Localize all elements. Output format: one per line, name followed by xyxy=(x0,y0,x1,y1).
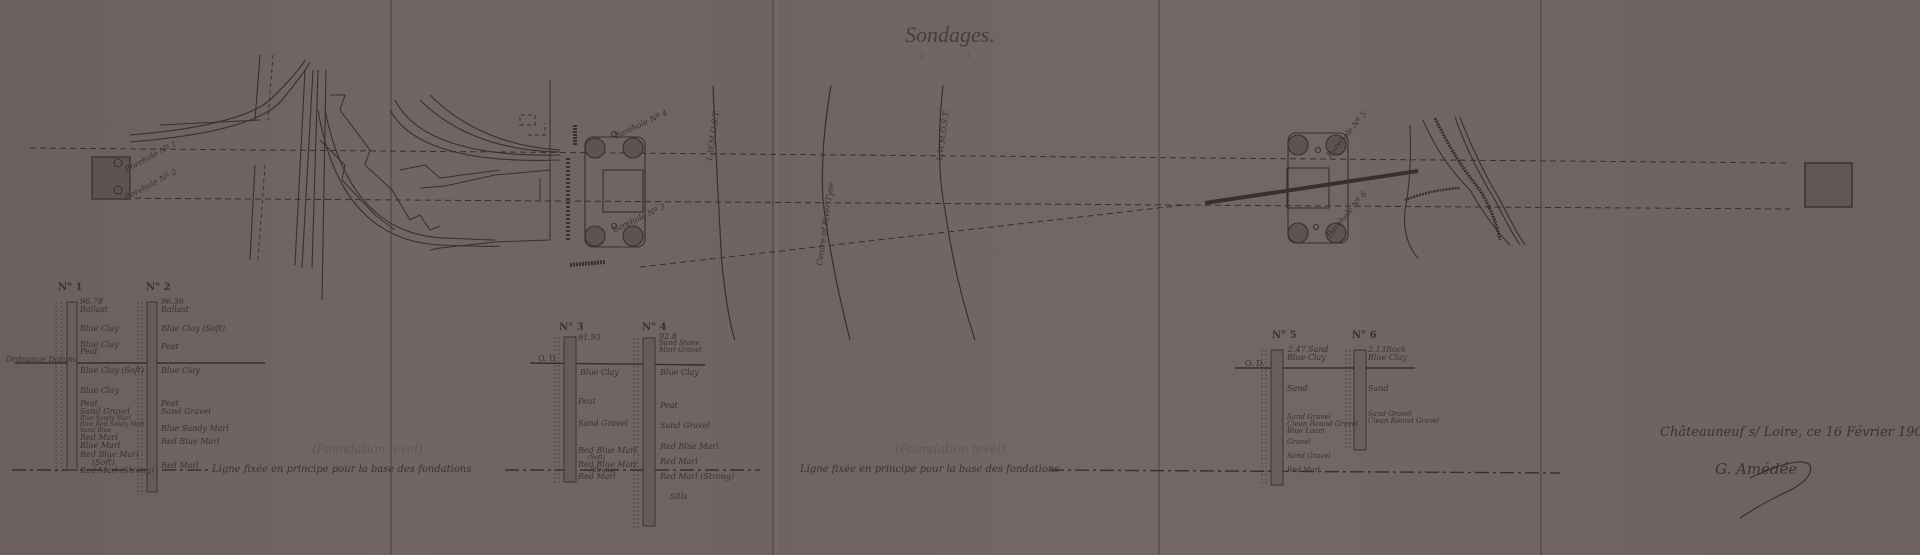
layer-label: Clean Round Gravel xyxy=(1368,417,1439,425)
right-abutment xyxy=(1805,163,1852,207)
layer-label: Sand Gravel xyxy=(578,419,628,428)
drawing-title: Sondages. xyxy=(905,22,995,48)
layer-label: Peat xyxy=(660,401,678,410)
layer-label: Blue Clay xyxy=(80,324,119,333)
layer-label: Gravel xyxy=(1287,438,1310,446)
borehole-5-title: N° 5 xyxy=(1272,330,1297,341)
foundation-level-note: (Foundation level) xyxy=(895,442,1006,456)
layer-label: Red Blue Marl xyxy=(161,437,220,446)
layer-label: Blue Sandy Marl xyxy=(161,424,229,433)
borehole-columns xyxy=(67,302,1366,526)
layer-label: Sills xyxy=(670,492,687,501)
drawing-subtitle: (· · · · · · · ·) xyxy=(920,52,970,62)
layer-label: Blue Clay xyxy=(161,366,200,375)
layer-label: Peat xyxy=(161,342,179,351)
layer-label: Blue Clay xyxy=(660,368,699,377)
pier-plan-1 xyxy=(568,125,645,265)
river-banks xyxy=(713,85,975,340)
drawing-sheet: Sondages. (· · · · · · · ·) Borehole Nº … xyxy=(0,0,1920,555)
rail-tracks xyxy=(130,55,560,300)
layer-label: Red Blue Marl xyxy=(578,446,637,455)
borehole-1-title: N° 1 xyxy=(58,282,83,293)
layer-label: Blue Clay (Soft) xyxy=(161,324,225,333)
layer-label: Blue Clay xyxy=(80,386,119,395)
layer-label: Red Marl xyxy=(1287,466,1320,474)
foundation-level-note: (Foundation level) xyxy=(312,442,423,456)
layer-label: Blue Clay xyxy=(1287,353,1326,362)
layer-label: Blue Clay xyxy=(580,368,619,377)
layer-label: Blue Clay xyxy=(1368,353,1407,362)
borehole-6-title: N° 6 xyxy=(1352,330,1377,341)
layer-label: Sand Gravel xyxy=(1287,452,1331,460)
buildings xyxy=(320,80,550,250)
layer-label: Sand xyxy=(1287,384,1308,393)
layer-label: Blue Clay (Soft) xyxy=(80,366,144,375)
bridge-deck xyxy=(1205,171,1418,203)
alignment-lines xyxy=(30,148,1790,267)
borehole-2-title: N° 2 xyxy=(146,282,171,293)
layer-label: Peat xyxy=(80,347,98,356)
layer-label: Red Blue Marl xyxy=(660,442,719,451)
borehole-3-top: 91.93 xyxy=(578,333,601,342)
layer-label: Ballast xyxy=(80,305,108,314)
layer-label: Red Marl (Strong) xyxy=(660,472,734,481)
foundation-line-label: Ligne fixée en principe pour la base des… xyxy=(800,464,1059,475)
layer-label: Red Marl (Strong) xyxy=(80,466,154,475)
layer-label: Sand xyxy=(1368,384,1389,393)
od-label: O. D. xyxy=(1245,359,1265,368)
layer-label: Blue Marl xyxy=(80,441,120,450)
layer-label: Sand Gravel xyxy=(660,421,710,430)
layer-label: Peat xyxy=(578,397,596,406)
od-label: O. D. xyxy=(538,354,558,363)
layer-label: Sand Gravel xyxy=(161,407,211,416)
layer-label: Red Marl xyxy=(161,461,199,470)
layer-label: Ballast xyxy=(161,305,189,314)
layer-label: Red Marl xyxy=(660,457,698,466)
layer-label: Marl Gravel xyxy=(659,346,702,354)
datum-lines xyxy=(15,363,1415,368)
foundation-line-label: Ligne fixée en principe pour la base des… xyxy=(212,464,471,475)
place-date: Châteauneuf s/ Loire, ce 16 Février 1901… xyxy=(1660,425,1920,440)
layer-label: Blue Loam xyxy=(1287,427,1325,435)
layer-label: Red Marl xyxy=(578,472,616,481)
datum-label: Ordnance Datum xyxy=(6,355,75,364)
borehole-3-title: N° 3 xyxy=(559,322,584,333)
signature: G. Amédée xyxy=(1715,460,1797,478)
right-bank xyxy=(1405,117,1525,258)
